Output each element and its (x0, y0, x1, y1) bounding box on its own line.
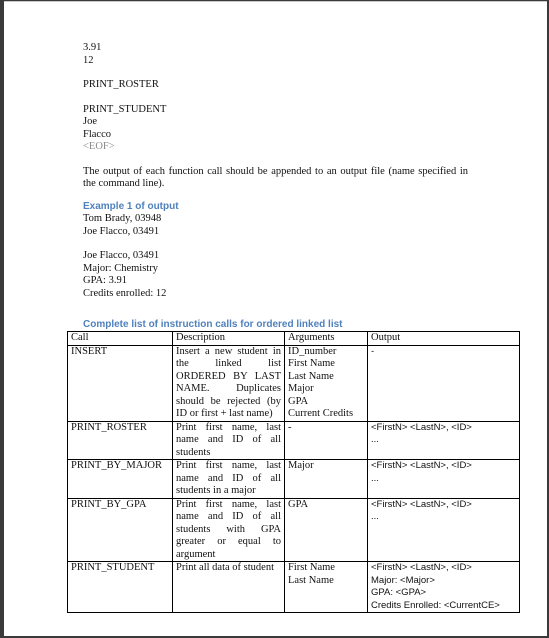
document-body: 3.91 12 PRINT_ROSTER PRINT_STUDENT Joe F… (83, 42, 473, 300)
example-output-line: Major: Chemistry (83, 263, 473, 276)
arguments-cell: First NameLast Name (285, 562, 368, 613)
argument-item: - (288, 422, 364, 435)
output-cell: - (368, 345, 520, 421)
description-cell: Print first name, last name and ID of al… (173, 421, 285, 460)
arguments-cell: ID_numberFirst NameLast NameMajorGPACurr… (285, 345, 368, 421)
arguments-cell: Major (285, 460, 368, 499)
output-item: ... (371, 434, 516, 447)
example-output-line: Credits enrolled: 12 (83, 288, 473, 301)
output-cell: <FirstN> <LastN>, <ID>... (368, 498, 520, 562)
column-header-description: Description (173, 332, 285, 346)
output-item: GPA: <GPA> (371, 587, 516, 600)
command-line: PRINT_STUDENT (83, 104, 473, 117)
eof-marker: <EOF> (83, 141, 473, 154)
arguments-cell: - (285, 421, 368, 460)
column-header-call: Call (68, 332, 173, 346)
output-item: <FirstN> <LastN>, <ID> (371, 562, 516, 575)
input-line: 12 (83, 55, 473, 68)
output-cell: <FirstN> <LastN>, <ID>Major: <Major>GPA:… (368, 562, 520, 613)
argument-item: ID_number (288, 346, 364, 359)
table-row: PRINT_STUDENTPrint all data of studentFi… (68, 562, 520, 613)
output-item: - (371, 346, 516, 359)
description-cell: Print all data of student (173, 562, 285, 613)
command-line: PRINT_ROSTER (83, 79, 473, 92)
argument-item: Major (288, 383, 364, 396)
output-item: ... (371, 473, 516, 486)
argument-item: Last Name (288, 575, 364, 588)
output-item: ... (371, 511, 516, 524)
output-cell: <FirstN> <LastN>, <ID>... (368, 460, 520, 499)
command-arg: Joe (83, 116, 473, 129)
call-cell: PRINT_ROSTER (68, 421, 173, 460)
example-output-line: Joe Flacco, 03491 (83, 226, 473, 239)
argument-item: First Name (288, 562, 364, 575)
description-cell: Insert a new student in the linked list … (173, 345, 285, 421)
example-heading: Example 1 of output (83, 201, 473, 214)
output-item: Credits Enrolled: <CurrentCE> (371, 600, 516, 613)
description-cell: Print first name, last name and ID of al… (173, 498, 285, 562)
output-item: <FirstN> <LastN>, <ID> (371, 422, 516, 435)
table-row: INSERTInsert a new student in the linked… (68, 345, 520, 421)
table-row: PRINT_BY_MAJORPrint first name, last nam… (68, 460, 520, 499)
column-header-output: Output (368, 332, 520, 346)
argument-item: Last Name (288, 371, 364, 384)
column-header-arguments: Arguments (285, 332, 368, 346)
arguments-cell: GPA (285, 498, 368, 562)
instruction-calls-table: Call Description Arguments Output INSERT… (67, 331, 520, 613)
example-output-line: GPA: 3.91 (83, 275, 473, 288)
output-cell: <FirstN> <LastN>, <ID>... (368, 421, 520, 460)
call-cell: PRINT_BY_GPA (68, 498, 173, 562)
input-line: 3.91 (83, 42, 473, 55)
call-cell: INSERT (68, 345, 173, 421)
document-page: 3.91 12 PRINT_ROSTER PRINT_STUDENT Joe F… (4, 1, 547, 636)
argument-item: GPA (288, 499, 364, 512)
table-row: PRINT_BY_GPAPrint first name, last name … (68, 498, 520, 562)
argument-item: Current Credits (288, 408, 364, 421)
table-heading: Complete list of instruction calls for o… (83, 319, 343, 330)
argument-item: GPA (288, 396, 364, 409)
example-output-line: Tom Brady, 03948 (83, 213, 473, 226)
output-item: Major: <Major> (371, 575, 516, 588)
output-paragraph: The output of each function call should … (83, 166, 468, 191)
output-item: <FirstN> <LastN>, <ID> (371, 460, 516, 473)
argument-item: First Name (288, 358, 364, 371)
table-row: PRINT_ROSTERPrint first name, last name … (68, 421, 520, 460)
output-item: <FirstN> <LastN>, <ID> (371, 499, 516, 512)
argument-item: Major (288, 460, 364, 473)
description-cell: Print first name, last name and ID of al… (173, 460, 285, 499)
command-arg: Flacco (83, 129, 473, 142)
call-cell: PRINT_STUDENT (68, 562, 173, 613)
call-cell: PRINT_BY_MAJOR (68, 460, 173, 499)
table-header-row: Call Description Arguments Output (68, 332, 520, 346)
example-output-line: Joe Flacco, 03491 (83, 250, 473, 263)
